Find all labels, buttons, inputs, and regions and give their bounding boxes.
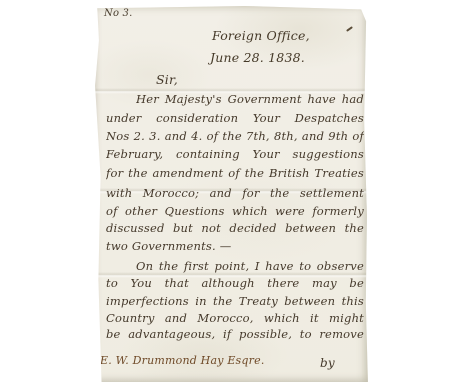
letter-line: Her Majesty's Government have had — [136, 92, 364, 109]
letter-line: discussed but not decided between the — [106, 221, 364, 238]
letter-line: be advantageous, if possible, to remove — [106, 327, 364, 344]
salutation: Sir, — [156, 72, 178, 87]
stray-ink-mark — [346, 26, 353, 32]
letter-line: On the first point, I have to observe — [136, 259, 364, 276]
letter-line: February, containing Your suggestions — [106, 147, 364, 164]
letter-line: imperfections in the Treaty between this — [106, 294, 364, 311]
letter-line: with Morocco; and for the settlement — [106, 186, 364, 203]
addressee: E. W. Drummond Hay Esqre. — [100, 354, 265, 367]
letter-line: to You that although there may be — [106, 276, 364, 293]
letter-line: for the amendment of the British Treatie… — [106, 166, 364, 183]
letterhead-office: Foreign Office, — [212, 28, 310, 43]
letter-line: of other Questions which were formerly — [106, 204, 364, 221]
letter-line: Nos 2. 3. and 4. of the 7th, 8th, and 9t… — [106, 129, 364, 146]
letter-line: under consideration Your Despatches — [106, 111, 364, 128]
letter-page: No 3. Foreign Office, June 28. 1838. Sir… — [94, 6, 368, 382]
letter-line: Country and Morocco, which it might — [106, 311, 364, 328]
catchword: by — [320, 356, 335, 370]
document-number: No 3. — [104, 8, 133, 19]
letter-line: two Governments. — — [106, 239, 364, 256]
letterhead-date: June 28. 1838. — [210, 50, 305, 65]
